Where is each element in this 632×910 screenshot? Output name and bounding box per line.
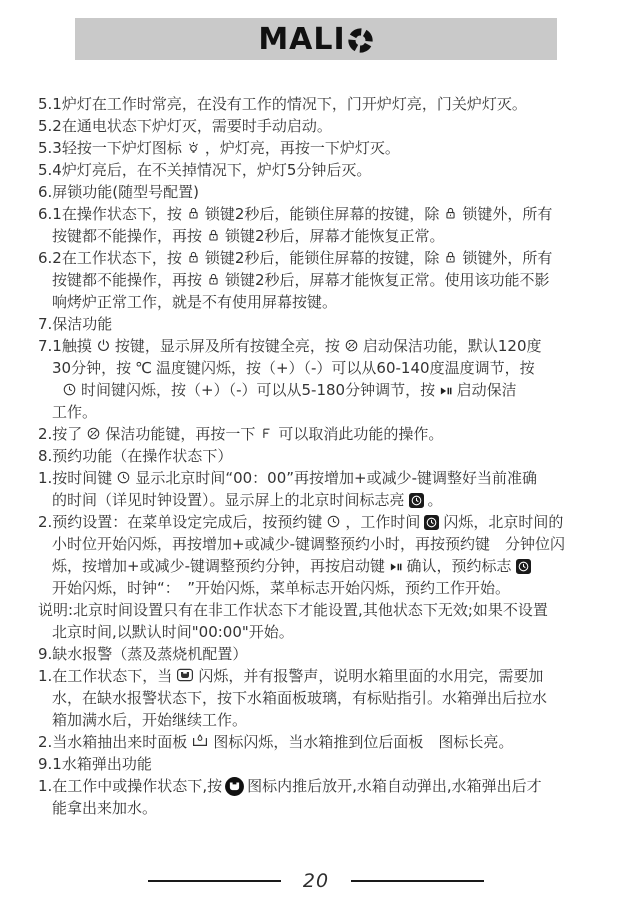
- text-line: 5.1炉灯在工作时常亮，在没有工作的情况下，门开炉灯亮，门关炉灯灭。: [38, 93, 608, 115]
- text-segment: 6.屏锁功能(随型号配置): [38, 183, 199, 201]
- text-segment: 开始闪烁，时钟“： ”开始闪烁，菜单标志开始闪烁，预约工作开始。: [52, 579, 510, 597]
- text-line: 箱加满水后，开始继续工作。: [38, 709, 608, 731]
- lock-icon: [206, 228, 221, 243]
- text-segment: 水，在缺水报警状态下，按下水箱面板玻璃，有标贴指引。水箱弹出后拉水: [52, 689, 547, 707]
- text-line: 7.1触摸按键，显示屏及所有按键全亮，按启动保洁功能，默认120度: [38, 335, 608, 357]
- text-segment: 温度键闪烁，按（+）（-）可以从60-140度温度调节，按: [156, 359, 535, 377]
- text-line: 6.1在操作状态下，按锁键2秒后，能锁住屏幕的按键，除锁键外，所有: [38, 203, 608, 225]
- text-segment: 闪烁，并有报警声，说明水箱里面的水用完，需要加: [198, 667, 543, 685]
- text-segment: 烁，按增加+或减少-键调整预约分钟，再按启动键: [52, 557, 385, 575]
- text-line: 2.按了保洁功能键，再按一下可以取消此功能的操作。: [38, 423, 608, 445]
- text-line: 小时位开始闪烁，再按增加+或减少-键调整预约小时，再按预约键 分钟位闪: [38, 533, 608, 555]
- text-line: 开始闪烁，时钟“： ”开始闪烁，菜单标志开始闪烁，预约工作开始。: [38, 577, 608, 599]
- text-segment: 时间键闪烁，按（+）（-）可以从5-180分钟调节，按: [81, 381, 435, 399]
- text-line: 的时间（详见时钟设置）。显示屏上的北京时间标志亮。: [38, 489, 608, 511]
- text-segment: 的时间（详见时钟设置）。显示屏上的北京时间标志亮: [52, 491, 405, 509]
- footer-rule-right: [351, 880, 484, 882]
- text-line: 5.4炉灯亮后，在不关掉情况下，炉灯5分钟后灭。: [38, 159, 608, 181]
- text-line: 说明:北京时间设置只有在非工作状态下才能设置,其他状态下无效;如果不设置: [38, 599, 608, 621]
- text-line: 1.在工作中或操作状态下,按图标内推后放开,水箱自动弹出,水箱弹出后才: [38, 775, 608, 797]
- text-segment: 启动保洁功能，默认120度: [363, 337, 542, 355]
- text-segment: 1.在工作中或操作状态下,按: [38, 777, 222, 795]
- clock-inv-icon: [516, 559, 531, 574]
- text-segment: 7.1触摸: [38, 337, 92, 355]
- text-segment: 图标闪烁，当水箱推到位后面板 图标长亮。: [213, 733, 513, 751]
- lock-icon: [206, 272, 221, 287]
- text-segment: 7.保洁功能: [38, 315, 112, 333]
- text-segment: 锁键外，所有: [462, 249, 552, 267]
- text-segment: 锁键2秒后，能锁住屏幕的按键，除: [205, 249, 440, 267]
- text-segment: 9.缺水报警（蒸及蒸烧机配置）: [38, 645, 247, 663]
- text-segment: 5.1炉灯在工作时常亮，在没有工作的情况下，门开炉灯亮，门关炉灯灭。: [38, 95, 527, 113]
- text-segment: 可以取消此功能的操作。: [278, 425, 443, 443]
- brand-text: MALI: [258, 22, 345, 57]
- text-line: 5.3轻按一下炉灯图标，炉灯亮，再按一下炉灯灭。: [38, 137, 608, 159]
- text-segment: 锁键外，所有: [462, 205, 552, 223]
- text-line: 9.1水箱弹出功能: [38, 753, 608, 775]
- text-line: 2.当水箱抽出来时面板图标闪烁，当水箱推到位后面板 图标长亮。: [38, 731, 608, 753]
- text-segment: 工作。: [52, 403, 97, 421]
- text-line: 烁，按增加+或减少-键调整预约分钟，再按启动键确认，预约标志: [38, 555, 608, 577]
- clean-icon: [86, 426, 101, 441]
- text-segment: 2.当水箱抽出来时面板: [38, 733, 187, 751]
- text-line: 6.2在工作状态下，按锁键2秒后，能锁住屏幕的按键，除锁键外，所有: [38, 247, 608, 269]
- temp-icon: ℃: [135, 359, 152, 377]
- text-segment: 说明:北京时间设置只有在非工作状态下才能设置,其他状态下无效;如果不设置: [38, 601, 548, 619]
- text-segment: 保洁功能键，再按一下: [105, 425, 255, 443]
- clock-inv-icon: [424, 515, 439, 530]
- text-segment: ，炉灯亮，再按一下炉灯灭。: [205, 139, 400, 157]
- footer-rule-left: [148, 880, 281, 882]
- text-segment: 小时位开始闪烁，再按增加+或减少-键调整预约小时，再按预约键 分钟位闪: [52, 535, 565, 553]
- text-line: 9.缺水报警（蒸及蒸烧机配置）: [38, 643, 608, 665]
- page-number: 20: [303, 870, 329, 892]
- text-line: 5.2在通电状态下炉灯灭，需要时手动启动。: [38, 115, 608, 137]
- text-segment: 1.在工作状态下，当: [38, 667, 172, 685]
- text-segment: 按键都不能操作，再按: [52, 271, 202, 289]
- text-segment: 锁键2秒后，屏幕才能恢复正常。: [225, 227, 445, 245]
- text-segment: 6.2在工作状态下，按: [38, 249, 182, 267]
- text-line: 7.保洁功能: [38, 313, 608, 335]
- text-segment: 5.3轻按一下炉灯图标: [38, 139, 182, 157]
- text-line: 工作。: [38, 401, 608, 423]
- text-line: 能拿出来加水。: [38, 797, 608, 819]
- text-segment: 确认，预约标志: [406, 557, 511, 575]
- text-segment: 。: [428, 491, 443, 509]
- power-icon: [96, 338, 111, 353]
- text-line: 6.屏锁功能(随型号配置): [38, 181, 608, 203]
- manual-page: MALI 5.1炉灯在工作时常亮，在没有工作的情况下，门开炉灯亮，门关炉灯灭。5…: [0, 18, 632, 819]
- tank-push-icon: [224, 776, 245, 797]
- text-segment: 图标内推后放开,水箱自动弹出,水箱弹出后才: [247, 777, 542, 795]
- lock-icon: [186, 206, 201, 221]
- text-segment: 5.2在通电状态下炉灯灭，需要时手动启动。: [38, 117, 332, 135]
- text-segment: 启动保洁: [457, 381, 517, 399]
- clean-icon: [344, 338, 359, 353]
- text-segment: 30分钟，按: [52, 359, 131, 377]
- text-line: 1.按时间键显示北京时间“00：00”再按增加+或减少-键调整好当前准确: [38, 467, 608, 489]
- clock-inv-icon: [409, 493, 424, 508]
- cancel-icon: [259, 426, 274, 441]
- text-line: 8.预约功能（在操作状态下）: [38, 445, 608, 467]
- lamp-icon: [186, 140, 201, 155]
- text-segment: 箱加满水后，开始继续工作。: [52, 711, 247, 729]
- clock-icon: [116, 470, 131, 485]
- text-line: 时间键闪烁，按（+）（-）可以从5-180分钟调节，按启动保洁: [38, 379, 608, 401]
- text-line: 北京时间,以默认时间"00:00"开始。: [38, 621, 608, 643]
- text-segment: ，工作时间: [345, 513, 420, 531]
- text-segment: 显示北京时间“00：00”再按增加+或减少-键调整好当前准确: [135, 469, 537, 487]
- text-segment: 响烤炉正常工作，就是不有使用屏幕按键。: [52, 293, 337, 311]
- brand-banner: MALI: [75, 18, 557, 60]
- text-line: 按键都不能操作，再按锁键2秒后，屏幕才能恢复正常。使用该功能不影: [38, 269, 608, 291]
- text-segment: 2.按了: [38, 425, 82, 443]
- text-line: 按键都不能操作，再按锁键2秒后，屏幕才能恢复正常。: [38, 225, 608, 247]
- start-icon: [389, 561, 403, 573]
- lock-icon: [443, 206, 458, 221]
- text-line: 1.在工作状态下，当闪烁，并有报警声，说明水箱里面的水用完，需要加: [38, 665, 608, 687]
- clock-icon: [326, 514, 341, 529]
- text-segment: 闪烁，北京时间的: [443, 513, 563, 531]
- text-segment: 按键都不能操作，再按: [52, 227, 202, 245]
- text-segment: 9.1水箱弹出功能: [38, 755, 152, 773]
- text-segment: 能拿出来加水。: [52, 799, 157, 817]
- brand-logo: MALI: [258, 22, 373, 57]
- tank-drop-icon: [191, 733, 209, 749]
- text-segment: 8.预约功能（在操作状态下）: [38, 447, 232, 465]
- text-line: 响烤炉正常工作，就是不有使用屏幕按键。: [38, 291, 608, 313]
- text-segment: 锁键2秒后，能锁住屏幕的按键，除: [205, 205, 440, 223]
- start-icon: [439, 385, 453, 397]
- text-line: 2.预约设置：在菜单设定完成后，按预约键，工作时间闪烁，北京时间的: [38, 511, 608, 533]
- lock-icon: [443, 250, 458, 265]
- text-segment: 北京时间,以默认时间"00:00"开始。: [52, 623, 294, 641]
- text-segment: 按键，显示屏及所有按键全亮，按: [115, 337, 340, 355]
- page-footer: 20: [0, 870, 632, 892]
- clock-icon: [62, 382, 77, 397]
- brand-o-icon: [347, 27, 374, 54]
- text-segment: 5.4炉灯亮后，在不关掉情况下，炉灯5分钟后灭。: [38, 161, 371, 179]
- text-line: 水，在缺水报警状态下，按下水箱面板玻璃，有标贴指引。水箱弹出后拉水: [38, 687, 608, 709]
- text-segment: 锁键2秒后，屏幕才能恢复正常。使用该功能不影: [225, 271, 550, 289]
- text-segment: 6.1在操作状态下，按: [38, 205, 182, 223]
- text-segment: 2.预约设置：在菜单设定完成后，按预约键: [38, 513, 322, 531]
- text-line: 30分钟，按℃温度键闪烁，按（+）（-）可以从60-140度温度调节，按: [38, 357, 608, 379]
- lock-icon: [186, 250, 201, 265]
- tank-empty-icon: [176, 667, 194, 683]
- text-segment: 1.按时间键: [38, 469, 112, 487]
- manual-text-body: 5.1炉灯在工作时常亮，在没有工作的情况下，门开炉灯亮，门关炉灯灭。5.2在通电…: [38, 93, 608, 819]
